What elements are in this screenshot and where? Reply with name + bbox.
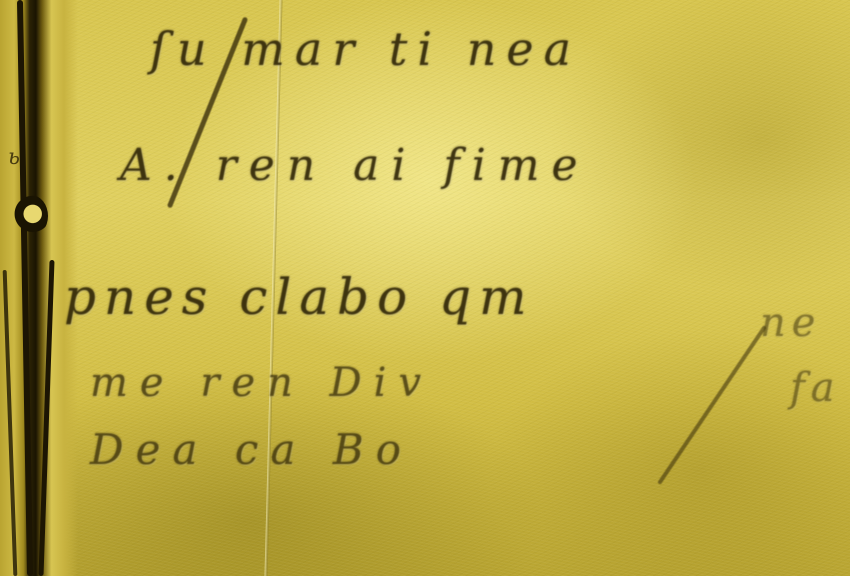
binding-thread bbox=[17, 0, 33, 576]
handwritten-line-3: pnes clabo qm bbox=[64, 268, 535, 326]
handwritten-line-5: Dea ca Bo bbox=[90, 425, 413, 474]
handwritten-line-4: me ren Div bbox=[90, 360, 433, 406]
binding-thread bbox=[38, 260, 54, 576]
handwritten-line-2: A. ren ai fime bbox=[120, 140, 590, 191]
binding-thread bbox=[3, 270, 18, 576]
faint-text: ne bbox=[760, 300, 821, 346]
binding-knot bbox=[14, 195, 48, 237]
margin-mark: ь bbox=[8, 145, 20, 170]
manuscript-page: ь ſu mar ti nea A. ren ai fime pnes clab… bbox=[0, 0, 850, 576]
faint-text: fa bbox=[790, 365, 841, 411]
handwritten-line-1: ſu mar ti nea bbox=[150, 22, 581, 76]
ink-flourish bbox=[657, 325, 767, 485]
